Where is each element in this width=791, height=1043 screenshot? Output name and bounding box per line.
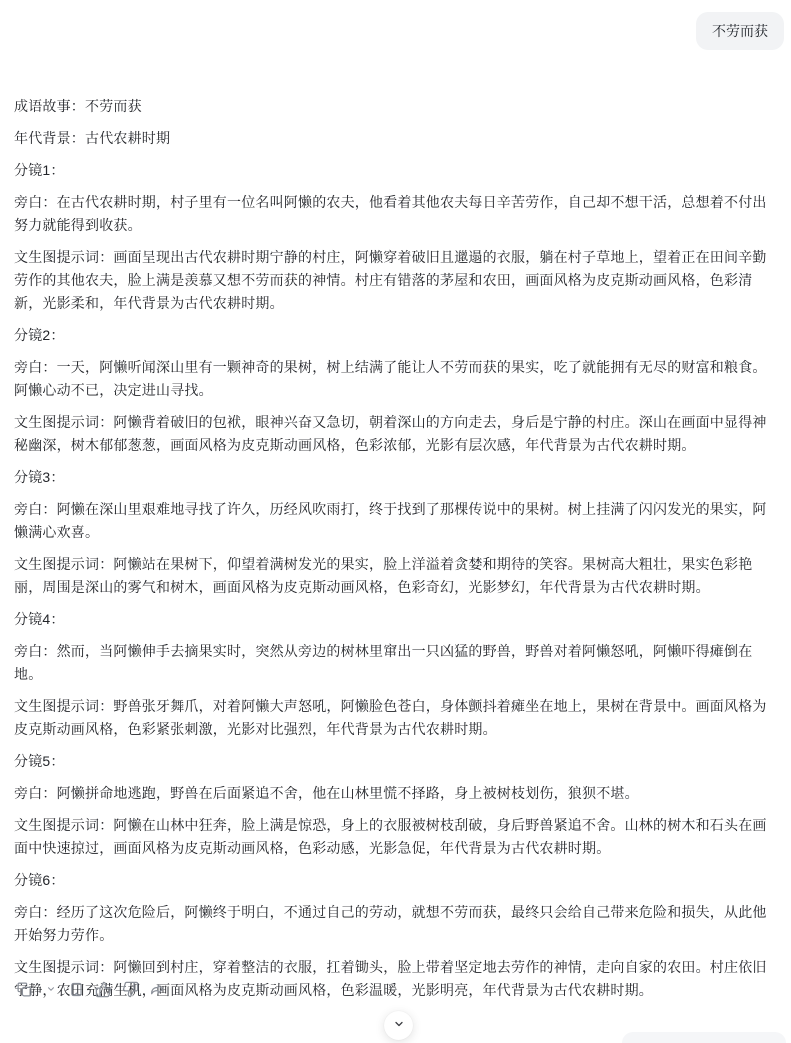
message-paragraph: 分镜3：	[14, 466, 778, 489]
message-paragraph: 成语故事：不劳而获	[14, 95, 778, 118]
copy-button[interactable]	[16, 981, 33, 998]
message-action-bar	[16, 978, 166, 1000]
share-icon	[149, 981, 166, 998]
message-paragraph: 分镜1：	[14, 159, 778, 182]
copy-button-group	[16, 981, 56, 998]
message-paragraph: 分镜2：	[14, 324, 778, 347]
message-paragraph: 分镜4：	[14, 608, 778, 631]
message-paragraph: 旁白：阿懒在深山里艰难地寻找了许久，历经风吹雨打，终于找到了那棵传说中的果树。树…	[14, 498, 778, 544]
thumbs-down-icon	[122, 981, 139, 998]
bookmark-icon	[68, 981, 85, 998]
message-paragraph: 旁白：阿懒拼命地逃跑，野兽在后面紧追不舍，他在山林里慌不择路，身上被树枝划伤，狼…	[14, 782, 778, 805]
chevron-down-icon	[393, 1018, 405, 1033]
chat-window: 不劳而获 成语故事：不劳而获年代背景：古代农耕时期分镜1：旁白：在古代农耕时期，…	[0, 0, 791, 1043]
thumbs-down-button[interactable]	[122, 981, 139, 998]
thumbs-up-icon	[95, 981, 112, 998]
message-paragraph: 文生图提示词：阿懒背着破旧的包袱，眼神兴奋又急切，朝着深山的方向走去，身后是宁静…	[14, 411, 778, 457]
scroll-to-bottom-button[interactable]	[384, 1011, 413, 1040]
message-paragraph: 文生图提示词：阿懒在山林中狂奔，脸上满是惊恐，身上的衣服被树枝刮破，身后野兽紧追…	[14, 814, 778, 860]
message-paragraph: 分镜6：	[14, 869, 778, 892]
chevron-down-icon	[46, 984, 56, 994]
message-paragraph: 文生图提示词：阿懒站在果树下，仰望着满树发光的果实，脸上洋溢着贪婪和期待的笑容。…	[14, 553, 778, 599]
thumbs-up-button[interactable]	[95, 981, 112, 998]
message-paragraph: 旁白：在古代农耕时期，村子里有一位名叫阿懒的农夫，他看着其他农夫每日辛苦劳作，自…	[14, 191, 778, 237]
message-paragraph: 旁白：经历了这次危险后，阿懒终于明白，不通过自己的劳动，就想不劳而获，最终只会给…	[14, 901, 778, 947]
message-paragraph: 分镜5：	[14, 750, 778, 773]
message-paragraph: 旁白：一天，阿懒听闻深山里有一颗神奇的果树，树上结满了能让人不劳而获的果实，吃了…	[14, 356, 778, 402]
copy-options-button[interactable]	[46, 984, 56, 994]
assistant-message: 成语故事：不劳而获年代背景：古代农耕时期分镜1：旁白：在古代农耕时期，村子里有一…	[14, 95, 778, 1011]
message-paragraph: 年代背景：古代农耕时期	[14, 127, 778, 150]
user-message-bubble: 不劳而获	[696, 12, 784, 50]
share-button[interactable]	[149, 981, 166, 998]
message-paragraph: 文生图提示词：画面呈现出古代农耕时期宁静的村庄，阿懒穿着破旧且邋遢的衣服，躺在村…	[14, 246, 778, 315]
bookmark-button[interactable]	[68, 981, 85, 998]
copy-icon	[16, 981, 33, 998]
chat-input-box[interactable]	[622, 1032, 786, 1043]
message-paragraph: 旁白：然而，当阿懒伸手去摘果实时，突然从旁边的树林里窜出一只凶猛的野兽，野兽对着…	[14, 640, 778, 686]
message-paragraph: 文生图提示词：野兽张牙舞爪，对着阿懒大声怒吼，阿懒脸色苍白，身体颤抖着瘫坐在地上…	[14, 695, 778, 741]
